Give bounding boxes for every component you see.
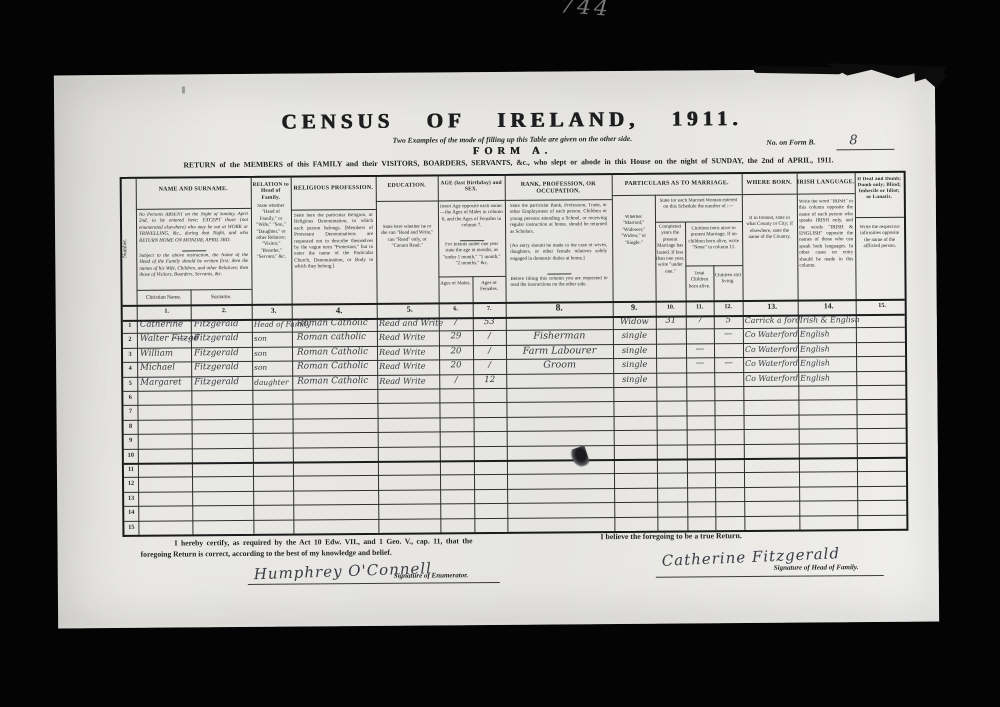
gridline — [505, 199, 612, 201]
table-cell: / — [439, 374, 473, 389]
table-cell: Catherine — [137, 318, 194, 333]
census-table: Number. NAME AND SURNAME. No Persons ABS… — [120, 171, 909, 537]
table-cell: / — [473, 345, 506, 360]
gridline — [855, 217, 904, 218]
col-header-married-woman: State for each Married Woman entered on … — [657, 198, 740, 211]
table-cell: Read Write — [377, 331, 441, 346]
column-number: 11. — [686, 300, 714, 315]
table-cell: Fisherman — [506, 329, 613, 344]
table-cell: son — [252, 346, 294, 361]
table-cell: Fitzgerald — [191, 361, 255, 376]
table-cell: 20 — [439, 345, 473, 360]
table-cell: Roman Catholic — [292, 346, 382, 361]
col-header-name-desc1: No Persons ABSENT on the Night of Sunday… — [139, 212, 248, 245]
table-cell: 53 — [473, 316, 506, 331]
col-header-children-total: Total Children born alive. — [686, 271, 712, 290]
table-cell: Carrick a ford — [743, 314, 800, 329]
row-number: 13 — [124, 492, 138, 507]
table-body: 1CatherineFitzgeraldHead of FamilyRoman … — [123, 313, 907, 535]
col-header-religion-title: RELIGIOUS PROFESSION. — [291, 185, 376, 193]
gridline — [612, 194, 742, 196]
table-cell: Co Waterford — [743, 357, 800, 372]
column-number: 3. — [252, 304, 294, 319]
col-header-number: Number. — [122, 179, 137, 318]
table-cell: / — [473, 359, 506, 374]
torn-edge — [754, 66, 844, 74]
row-number: 15 — [124, 520, 138, 535]
head-declaration-text: I believe the foregoing to be a true Ret… — [600, 531, 741, 541]
row-number: 1 — [123, 319, 137, 334]
col-header-occupation-desc1: State the particular Rank, Profession, T… — [510, 203, 607, 236]
col-header-christian-name: Christian Name. — [137, 294, 191, 301]
table-cell: Co Waterford — [743, 342, 800, 357]
census-form-sheet: CENSUS OF IRELAND, 1911. Two Examples of… — [54, 69, 939, 629]
col-header-ages-males: Ages of Males. — [438, 281, 472, 288]
table-cell: 20 — [439, 359, 473, 374]
head-signature-line — [656, 575, 884, 578]
row-number: 11 — [124, 463, 138, 478]
col-header-marriage-whether: Whether "Married," "Widower," "Widow," o… — [614, 215, 653, 247]
table-cell: single — [613, 344, 656, 359]
enumerator-certification-text: I hereby certify, as required by the Act… — [140, 535, 472, 560]
table-cell: William — [137, 347, 194, 362]
row-number: 8 — [124, 420, 138, 435]
col-header-occupation-title: RANK, PROFESSION, OR OCCUPATION. — [505, 181, 612, 196]
table-cell: Farm Labourer — [506, 344, 613, 359]
row-number: 9 — [124, 434, 138, 449]
table-cell: Head of Family — [252, 318, 294, 333]
table-cell: single — [613, 372, 656, 387]
col-header-marriage-years: Completed years the present Marriage has… — [656, 225, 684, 276]
col-header-marriage-title: PARTICULARS AS TO MARRIAGE. — [612, 180, 742, 188]
archive-page-number: 744 — [559, 0, 641, 24]
gridline — [655, 221, 742, 223]
gridline — [137, 289, 252, 291]
col-header-irish-desc: Write the word "IRISH" in this column op… — [799, 199, 854, 270]
table-cell: 31 — [656, 315, 686, 330]
table-cell: Read Write — [377, 360, 441, 375]
gridline — [438, 200, 505, 202]
row-number: 2 — [123, 333, 137, 348]
form-b-label: No. on Form B. — [766, 137, 815, 146]
scanned-census-page: { "page_marks": { "corner_number": "744"… — [0, 0, 1000, 707]
row-number: 4 — [123, 362, 137, 377]
gridline — [291, 209, 376, 211]
ink-speck — [182, 86, 185, 93]
table-cell: / — [473, 330, 506, 345]
table-cell: 29 — [439, 331, 473, 346]
table-cell: daughter — [252, 375, 294, 390]
col-header-where-born-title: WHERE BORN. — [742, 180, 797, 188]
col-header-relation-desc: State whether "Head of Family," or "Wife… — [253, 204, 289, 262]
row-number: 12 — [124, 477, 138, 492]
table-cell: Michael — [137, 362, 194, 377]
document-title: CENSUS OF IRELAND, 1911. — [119, 105, 905, 136]
table-gridlines — [122, 173, 904, 179]
table-cell: Fitzgerald — [191, 332, 255, 347]
col-header-age-desc1: Insert Age opposite each name:—the Ages … — [440, 204, 503, 230]
row-number: 10 — [124, 448, 138, 463]
table-cell: Roman Catholic — [292, 360, 382, 375]
gridline — [742, 194, 797, 195]
table-cell: Widow — [613, 315, 656, 330]
head-signature-label: Signature of Head of Family. — [774, 563, 859, 572]
row-number: 5 — [123, 376, 137, 391]
column-number: 12. — [714, 300, 743, 315]
table-cell: 5 — [714, 314, 743, 329]
col-header-relation-title: RELATION to Head of Family. — [252, 182, 290, 202]
table-cell: 7 — [686, 314, 714, 329]
table-cell: — — [714, 357, 743, 372]
table-cell: Fitzgerald — [191, 375, 255, 390]
table-cell: Read and Write — [377, 316, 441, 331]
table-cell: Margaret — [137, 376, 194, 391]
col-header-religion-desc: State here the particular Religion, or R… — [294, 213, 373, 271]
row-number: 3 — [123, 348, 137, 363]
col-header-infirmity-title: If Deaf and Dumb; Dumb only; Blind; Imbe… — [856, 177, 903, 201]
row-number: 14 — [124, 506, 138, 521]
table-cell: Roman Catholic — [292, 317, 382, 332]
table-cell: — — [686, 343, 714, 358]
gridline — [797, 193, 855, 194]
table-cell: Read Write — [377, 345, 441, 360]
col-header-name-title: NAME AND SURNAME. — [136, 186, 251, 194]
col-header-surname: Surname. — [191, 294, 252, 301]
col-header-children-born: Children born alive to present Marriage.… — [686, 226, 741, 252]
table-cell: single — [613, 329, 656, 344]
col-header-education-title: EDUCATION. — [376, 182, 438, 189]
table-cell: son — [252, 332, 294, 347]
table-cell: Roman Catholic — [292, 374, 382, 389]
table-cell: English — [798, 356, 858, 371]
table-cell: 12 — [473, 374, 506, 389]
table-cell: single — [613, 358, 656, 373]
col-header-occupation-desc2: [No entry should be made in the case of … — [510, 243, 607, 263]
col-header-education-desc: State here whether he or she can "Read a… — [379, 224, 435, 250]
column-number: 9. — [613, 301, 656, 316]
table-cell: Walter F̶i̶t̶z̶g̶d̶ — [137, 333, 194, 348]
table-cell: son — [252, 361, 294, 376]
gridline — [136, 208, 251, 210]
col-header-occupation-desc3: Before filling this column you are reque… — [510, 276, 607, 290]
col-header-children-living: Children still living. — [714, 273, 741, 286]
table-cell: English — [798, 371, 858, 386]
column-number: 10. — [656, 301, 686, 316]
enumerator-signature-line — [248, 582, 500, 585]
enumerator-signature-label: Signature of Enumerator. — [394, 571, 469, 580]
table-cell: English — [798, 342, 858, 357]
row-number: 6 — [123, 391, 137, 406]
table-cell: Fitzgerald — [191, 347, 255, 362]
column-number: 6. — [439, 302, 473, 317]
form-b-number-handwritten: 8 — [849, 133, 857, 148]
column-number: 7. — [473, 302, 506, 317]
col-header-infirmity-desc: Write the respective infirmities opposit… — [857, 225, 902, 251]
table-cell: Groom — [506, 358, 613, 373]
table-cell: Roman catholic — [292, 331, 382, 346]
row-number: 7 — [123, 405, 137, 420]
table-cell: — — [686, 357, 714, 372]
col-header-ages-females: Ages of Females. — [472, 281, 505, 294]
table-cell: Co Waterford — [743, 328, 800, 343]
table-cell: Co Waterford — [743, 371, 800, 386]
col-header-age-desc2: For Infants under one year state the age… — [440, 242, 503, 268]
table-cell: Read Write — [377, 374, 441, 389]
col-header-age-title: AGE (last Birthday) and SEX. — [438, 180, 505, 193]
col-header-name-desc2: Subject to the above instruction, the Na… — [139, 253, 248, 279]
table-cell: English — [798, 328, 858, 343]
table-cell: / — [439, 316, 473, 331]
table-cell: — — [714, 328, 743, 343]
col-header-irish-title: IRISH LANGUAGE. — [797, 179, 855, 187]
table-cell: Fitzgerald — [191, 318, 255, 333]
col-header-where-born-desc: If in Ireland, state in what County or C… — [744, 216, 795, 242]
table-cell: Irish & English — [798, 313, 858, 328]
gridline — [376, 200, 438, 201]
